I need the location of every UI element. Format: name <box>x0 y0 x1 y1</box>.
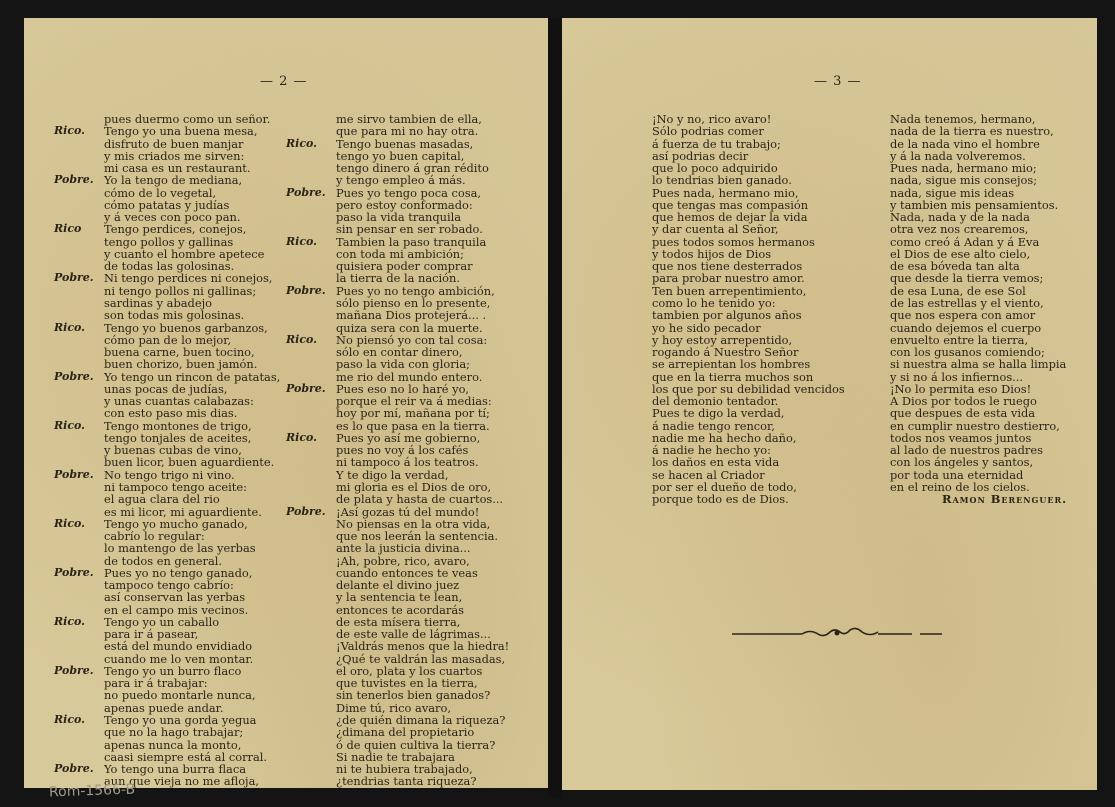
verse-text: ¿tendrias tanta riqueza? <box>336 775 546 787</box>
speaker-label <box>54 248 104 260</box>
verse-line: Rico.Tengo yo una buena mesa, <box>54 125 314 137</box>
speaker-label <box>286 260 336 272</box>
verse-text: quiza sera con la muerte. <box>336 322 546 334</box>
speaker-label <box>286 775 336 787</box>
verse-text: Yo la tengo de mediana, <box>104 174 314 186</box>
verse-line: si nuestra alma se halla limpia <box>890 358 1100 370</box>
speaker-label <box>286 346 336 358</box>
speaker-label <box>54 591 104 603</box>
verse-line: es mi licor, mi aguardiente. <box>54 506 314 518</box>
verse-text: Tengo yo buenos garbanzos, <box>104 322 314 334</box>
verse-line: que no la hago trabajar; <box>54 726 314 738</box>
speaker-label <box>286 579 336 591</box>
speaker-label <box>54 542 104 554</box>
verse-line: de plata y hasta de cuartos... <box>286 493 546 505</box>
speaker-label <box>286 272 336 284</box>
verse-text: buen licor, buen aguardiente. <box>104 456 314 468</box>
verse-text: son todas mis golosinas. <box>104 309 314 321</box>
speaker-label <box>286 689 336 701</box>
speaker-label <box>286 371 336 383</box>
verse-line: apenas nunca la monto, <box>54 739 314 751</box>
verse-line: á fuerza de tu trabajo; <box>652 138 892 150</box>
speaker-label <box>286 518 336 530</box>
speaker-label <box>54 628 104 640</box>
speaker-label <box>286 653 336 665</box>
speaker-label: Rico <box>54 223 104 235</box>
verse-line: paso la vida con gloria; <box>286 358 546 370</box>
speaker-label <box>54 726 104 738</box>
author-signature: Ramon Berenguer. <box>890 493 1100 505</box>
speaker-label: Rico. <box>286 236 336 248</box>
verse-line: ¡Valdrás menos que la hiedra! <box>286 640 546 652</box>
speaker-label <box>54 689 104 701</box>
verse-line: porque todo es de Dios. <box>652 493 892 505</box>
speaker-label: Pobre. <box>54 665 104 677</box>
speaker-label <box>286 714 336 726</box>
verse-line: disfruto de buen manjar <box>54 138 314 150</box>
speaker-label: Rico. <box>286 138 336 150</box>
speaker-label: Rico. <box>54 518 104 530</box>
speaker-label: Pobre. <box>54 272 104 284</box>
speaker-label <box>54 640 104 652</box>
verse-line: yo he sido pecador <box>652 322 892 334</box>
speaker-label: Rico. <box>286 334 336 346</box>
verse-line: que nos espera con amor <box>890 309 1100 321</box>
speaker-label <box>286 640 336 652</box>
speaker-label <box>54 199 104 211</box>
left-column-2: me sirvo tambien de ella,que para mi no … <box>286 113 546 788</box>
verse-text: disfruto de buen manjar <box>104 138 314 150</box>
speaker-label <box>286 555 336 567</box>
verse-line: otra vez nos crearemos, <box>890 223 1100 235</box>
speaker-label <box>286 358 336 370</box>
speaker-label: Pobre. <box>286 383 336 395</box>
speaker-label <box>54 138 104 150</box>
speaker-label <box>54 395 104 407</box>
speaker-label <box>54 187 104 199</box>
verse-text: me rio del mundo entero. <box>336 371 546 383</box>
speaker-label <box>286 469 336 481</box>
speaker-label: Rico. <box>54 616 104 628</box>
speaker-label <box>286 456 336 468</box>
speaker-label <box>286 125 336 137</box>
speaker-label <box>286 248 336 260</box>
verse-line: que desde la tierra vemos; <box>890 272 1100 284</box>
verse-text: ¡Así gozas tú del mundo! <box>336 506 546 518</box>
verse-text: Yo tengo un rincon de patatas, <box>104 371 314 383</box>
speaker-label <box>286 407 336 419</box>
page-number: — 3 — <box>814 74 862 89</box>
speaker-label <box>54 677 104 689</box>
verse-text: la tierra de la nación. <box>336 272 546 284</box>
speaker-label <box>286 322 336 334</box>
verse-text: está del mundo envidiado <box>104 640 314 652</box>
verse-line: los daños en esta vida <box>652 456 892 468</box>
verse-line: Pues te digo la verdad, <box>652 407 892 419</box>
speaker-label: Pobre. <box>54 567 104 579</box>
verse-line: que en la tierra muchos son <box>652 371 892 383</box>
speaker-label <box>286 309 336 321</box>
speaker-label <box>286 493 336 505</box>
speaker-label <box>286 211 336 223</box>
verse-line: son todas mis golosinas. <box>54 309 314 321</box>
verse-line: RicoTengo perdices, conejos, <box>54 223 314 235</box>
verse-text: sin pensar en ser robado. <box>336 223 546 235</box>
speaker-label <box>286 113 336 125</box>
verse-text: Tengo buenas masadas, <box>336 138 546 150</box>
right-column-1: ¡No y no, rico avaro!Sólo podrias comerá… <box>652 113 892 506</box>
verse-line: buen licor, buen aguardiente. <box>54 456 314 468</box>
speaker-label <box>286 739 336 751</box>
verse-line: ¿dimana del propietario <box>286 726 546 738</box>
speaker-label <box>286 567 336 579</box>
speaker-label <box>54 309 104 321</box>
verse-line: sin pensar en ser robado. <box>286 223 546 235</box>
speaker-label <box>286 481 336 493</box>
speaker-label <box>54 444 104 456</box>
verse-text: ó de quien cultiva la tierra? <box>336 739 546 751</box>
speaker-label <box>54 481 104 493</box>
speaker-label <box>286 616 336 628</box>
left-column-1: pues duermo como un señor.Rico.Tengo yo … <box>54 113 314 788</box>
verse-line: Pobre.Yo la tengo de mediana, <box>54 174 314 186</box>
verse-line: sin tenerlos bien ganados? <box>286 689 546 701</box>
verse-text: Tengo perdices, conejos, <box>104 223 314 235</box>
speaker-label: Rico. <box>54 420 104 432</box>
speaker-label <box>286 150 336 162</box>
verse-text: el agua clara del rio <box>104 493 314 505</box>
verse-line: la tierra de la nación. <box>286 272 546 284</box>
verse-line: se arrepientan los hombres <box>652 358 892 370</box>
speaker-label <box>54 236 104 248</box>
verse-text: ¿dimana del propietario <box>336 726 546 738</box>
speaker-label: Rico. <box>54 714 104 726</box>
speaker-label <box>286 726 336 738</box>
verse-text: sin tenerlos bien ganados? <box>336 689 546 701</box>
speaker-label <box>54 334 104 346</box>
verse-line: me rio del mundo entero. <box>286 371 546 383</box>
verse-text: así conservan las yerbas <box>104 591 314 603</box>
verse-line: mañana Dios protejerá... . <box>286 309 546 321</box>
verse-text: mañana Dios protejerá... . <box>336 309 546 321</box>
verse-line: ni tampoco á los teatros. <box>286 456 546 468</box>
right-column-2: Nada tenemos, hermano,nada de la tierra … <box>890 113 1100 506</box>
verse-text: ¡Ah, pobre, rico, avaro, <box>336 555 546 567</box>
speaker-label <box>54 456 104 468</box>
verse-text: Ni tengo perdices ni conejos, <box>104 272 314 284</box>
page-number: — 2 — <box>260 74 308 89</box>
speaker-label <box>54 530 104 542</box>
speaker-label <box>286 297 336 309</box>
verse-line: y dar cuenta al Señor, <box>652 223 892 235</box>
verse-line: así conservan las yerbas <box>54 591 314 603</box>
verse-line: Sólo podrias comer <box>652 125 892 137</box>
verse-text: lo mantengo de las yerbas <box>104 542 314 554</box>
speaker-label <box>286 751 336 763</box>
speaker-label: Rico. <box>54 125 104 137</box>
speaker-label <box>54 358 104 370</box>
speaker-label: Pobre. <box>54 763 104 775</box>
verse-text: Tengo yo una buena mesa, <box>104 125 314 137</box>
speaker-label <box>286 677 336 689</box>
verse-line: que despues de esta vida <box>890 407 1100 419</box>
verse-line: está del mundo envidiado <box>54 640 314 652</box>
verse-line: nada de la tierra es nuestro, <box>890 125 1100 137</box>
verse-line: con los ángeles y santos, <box>890 456 1100 468</box>
speaker-label <box>286 530 336 542</box>
speaker-label <box>54 739 104 751</box>
speaker-label <box>286 665 336 677</box>
speaker-label: Pobre. <box>286 187 336 199</box>
verse-text: de todos en general. <box>104 555 314 567</box>
verse-text: apenas nunca la monto, <box>104 739 314 751</box>
verse-line: de la nada vino el hombre <box>890 138 1100 150</box>
speaker-label <box>286 162 336 174</box>
speaker-label <box>54 150 104 162</box>
verse-text: hoy por mí, mañana por tí; <box>336 407 546 419</box>
verse-text: ante la justicia divina... <box>336 542 546 554</box>
speaker-label <box>286 702 336 714</box>
verse-line: lo mantengo de las yerbas <box>54 542 314 554</box>
catalog-mark: Rom-1566-B <box>49 782 136 801</box>
verse-line: ó de quien cultiva la tierra? <box>286 739 546 751</box>
verse-line: cuando dejemos el cuerpo <box>890 322 1100 334</box>
verse-line: lo tendrias bien ganado. <box>652 174 892 186</box>
speaker-label <box>54 346 104 358</box>
verse-text: de plata y hasta de cuartos... <box>336 493 546 505</box>
verse-text: y tengo empleo á más. <box>336 174 546 186</box>
speaker-label <box>54 407 104 419</box>
verse-line: quiza sera con la muerte. <box>286 322 546 334</box>
verse-text: aun que vieja no me afloja, <box>104 775 314 787</box>
speaker-label <box>54 506 104 518</box>
speaker-label <box>54 493 104 505</box>
speaker-label <box>286 395 336 407</box>
verse-line: Rico.Tengo buenas masadas, <box>286 138 546 150</box>
verse-text: paso la vida con gloria; <box>336 358 546 370</box>
verse-line: Rico.Tengo yo buenos garbanzos, <box>54 322 314 334</box>
verse-line: no puedo montarle nunca, <box>54 689 314 701</box>
verse-line: con esto paso mis dias. <box>54 407 314 419</box>
verse-text: y la sentencia te lean, <box>336 591 546 603</box>
speaker-label <box>54 383 104 395</box>
page-fold <box>548 18 562 798</box>
speaker-label <box>286 223 336 235</box>
verse-text: es mi licor, mi aguardiente. <box>104 506 314 518</box>
verse-line: de todos en general. <box>54 555 314 567</box>
left-page: — 2 — pues duermo como un señor.Rico.Ten… <box>24 18 556 788</box>
verse-line: Pobre.Yo tengo un rincon de patatas, <box>54 371 314 383</box>
verse-text: que no la hago trabajar; <box>104 726 314 738</box>
verse-line: y tengo empleo á más. <box>286 174 546 186</box>
speaker-label <box>54 285 104 297</box>
verse-line: y si no á los infiernos... <box>890 371 1100 383</box>
speaker-label <box>54 555 104 567</box>
speaker-label: Pobre. <box>54 469 104 481</box>
speaker-label <box>54 432 104 444</box>
verse-text: no puedo montarle nunca, <box>104 689 314 701</box>
verse-text: ¡Valdrás menos que la hiedra! <box>336 640 546 652</box>
ornament-divider-icon <box>732 626 942 642</box>
verse-text: que para mi no hay otra. <box>336 125 546 137</box>
verse-line: nada, sigue mis consejos; <box>890 174 1100 186</box>
verse-text: ni tampoco á los teatros. <box>336 456 546 468</box>
speaker-label <box>286 444 336 456</box>
verse-line: hoy por mí, mañana por tí; <box>286 407 546 419</box>
speaker-label <box>286 199 336 211</box>
right-page: — 3 — ¡No y no, rico avaro!Sólo podrias … <box>562 18 1097 790</box>
verse-line: Pobre.Ni tengo perdices ni conejos, <box>54 272 314 284</box>
speaker-label: Pobre. <box>54 174 104 186</box>
speaker-label: Pobre. <box>286 506 336 518</box>
verse-line: ¿tendrias tanta riqueza? <box>286 775 546 787</box>
verse-line: que para mi no hay otra. <box>286 125 546 137</box>
verse-line: ante la justicia divina... <box>286 542 546 554</box>
speaker-label <box>286 628 336 640</box>
speaker-label: Pobre. <box>286 285 336 297</box>
speaker-label: Rico. <box>286 432 336 444</box>
speaker-label <box>286 542 336 554</box>
verse-line: tambien por algunos años <box>652 309 892 321</box>
verse-text: con esto paso mis dias. <box>104 407 314 419</box>
verse-line: buen chorizo, buen jamón. <box>54 358 314 370</box>
speaker-label <box>286 763 336 775</box>
speaker-label: Pobre. <box>54 371 104 383</box>
verse-line: ¡Ah, pobre, rico, avaro, <box>286 555 546 567</box>
verse-line: para probar nuestro amor. <box>652 272 892 284</box>
speaker-label <box>54 297 104 309</box>
verse-text: buen chorizo, buen jamón. <box>104 358 314 370</box>
verse-line: y la sentencia te lean, <box>286 591 546 603</box>
speaker-label <box>54 579 104 591</box>
speaker-label: Rico. <box>54 322 104 334</box>
speaker-label <box>286 604 336 616</box>
verse-line: el agua clara del rio <box>54 493 314 505</box>
speaker-label <box>286 174 336 186</box>
speaker-label <box>286 591 336 603</box>
verse-line: Pobre.¡Así gozas tú del mundo! <box>286 506 546 518</box>
